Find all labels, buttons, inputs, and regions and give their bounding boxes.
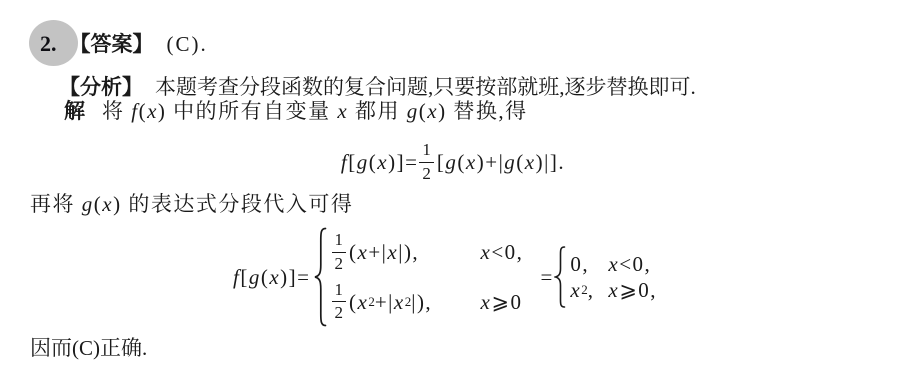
left-brace-icon bbox=[313, 227, 327, 327]
answer-value: (C). bbox=[167, 32, 208, 56]
equation-1-body: f[g(x)]=12[g(x)+|g(x)|]. bbox=[341, 139, 565, 185]
piecewise-cases-2: 0, x<0, x2, x⩾0, bbox=[554, 246, 657, 308]
case-expression: 0, bbox=[570, 252, 608, 276]
case-condition: x⩾0, bbox=[608, 278, 657, 302]
substitution-line: 再将 g(x) 的表达式分段代入可得 bbox=[30, 192, 353, 216]
case-condition: x<0, bbox=[481, 240, 539, 264]
case-expression: 12(x2+|x2|), bbox=[331, 279, 481, 325]
case-expression: x2, bbox=[570, 278, 608, 302]
equation-2: f[g(x)]= 12(x+|x|), x<0, 12(x2+|x2|), x⩾… bbox=[233, 226, 657, 328]
case-expression: 12(x+|x|), bbox=[331, 229, 481, 275]
case-condition: x⩾0 bbox=[481, 290, 539, 314]
answer-label: 【答案】 bbox=[70, 32, 154, 56]
solution-intro-text: 将 f(x) 中的所有自变量 x 都用 g(x) 替换,得 bbox=[102, 99, 528, 123]
solution-label: 解 bbox=[64, 99, 85, 123]
left-brace-icon bbox=[554, 246, 566, 308]
equals-sign: = bbox=[541, 265, 553, 289]
conclusion-line: 因而(C)正确. bbox=[30, 336, 147, 360]
solution-intro-line: 解 将 f(x) 中的所有自变量 x 都用 g(x) 替换,得 bbox=[64, 99, 528, 123]
equation-1: f[g(x)]=12[g(x)+|g(x)|]. bbox=[0, 139, 906, 185]
answer-line: 2. 【答案】 (C). bbox=[40, 32, 208, 56]
analysis-line: 【分析】本题考查分段函数的复合问题,只要按部就班,逐步替换即可. bbox=[59, 75, 696, 99]
conclusion-text: 因而(C)正确. bbox=[30, 336, 147, 360]
problem-number: 2. bbox=[40, 32, 57, 56]
piecewise-cases-1: 12(x+|x|), x<0, 12(x2+|x2|), x⩾0 bbox=[313, 227, 539, 327]
cases-1-rows: 12(x+|x|), x<0, 12(x2+|x2|), x⩾0 bbox=[331, 229, 539, 325]
cases-2-rows: 0, x<0, x2, x⩾0, bbox=[570, 252, 657, 302]
equation-2-lhs: f[g(x)]= bbox=[233, 265, 311, 289]
case-condition: x<0, bbox=[608, 252, 657, 276]
analysis-label: 【分析】 bbox=[59, 75, 143, 99]
analysis-text: 本题考查分段函数的复合问题,只要按部就班,逐步替换即可. bbox=[155, 75, 696, 99]
substitution-text: 再将 g(x) 的表达式分段代入可得 bbox=[30, 192, 353, 216]
